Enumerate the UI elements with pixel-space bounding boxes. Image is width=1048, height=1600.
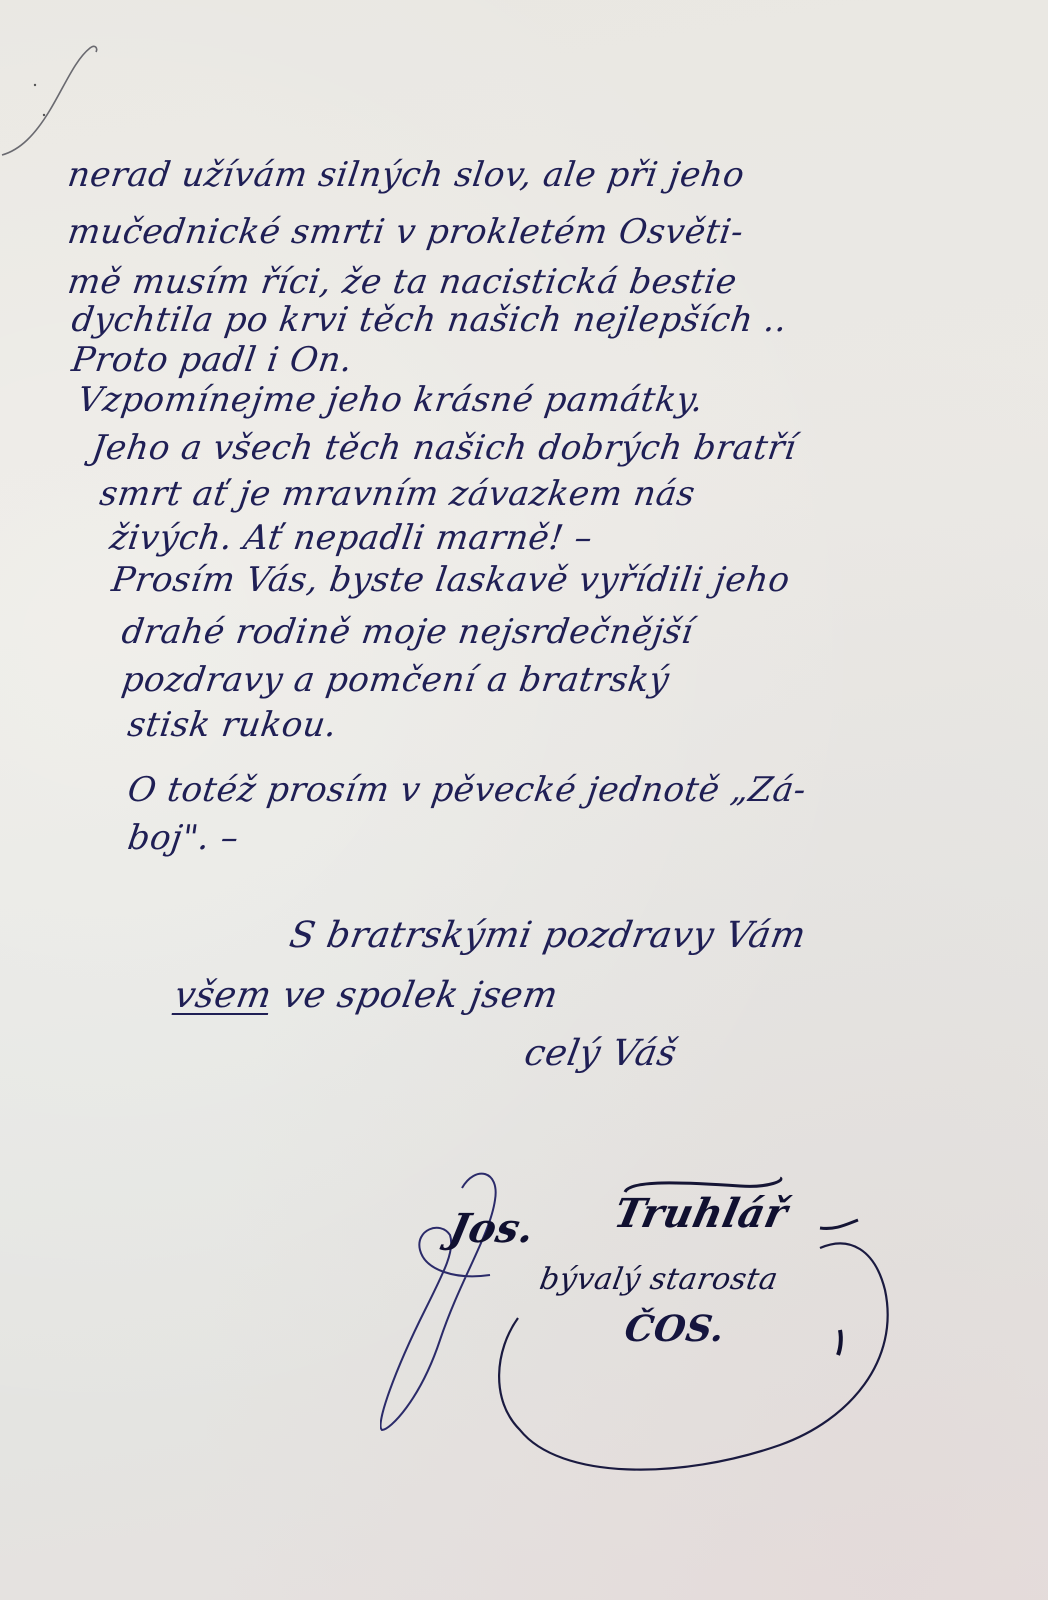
letter-line-4: dychtila po krvi těch našich nejlepších … (69, 300, 790, 340)
closing-greeting: S bratrskými pozdravy Vám (286, 915, 809, 956)
signature-first-name: Jos. (445, 1205, 539, 1252)
closing-underlined-word: všem (171, 975, 274, 1016)
closing-line-2: všem ve spolek jsem (171, 975, 561, 1016)
corner-pencil-mark (0, 40, 100, 170)
signature-organization: ČOS. (622, 1308, 727, 1350)
letter-line-3: mě musím říci, že ta nacistická bestie (65, 262, 739, 302)
signature-last-name: Truhlář (610, 1190, 792, 1237)
letter-page: nerad užívám silných slov, ale při jeho … (0, 0, 1048, 1600)
closing-line-2-rest: ve spolek jsem (280, 975, 562, 1016)
letter-line-6: Vzpomínejme jeho krásné památky. (75, 380, 706, 420)
letter-line-7: Jeho a všech těch našich dobrých bratří (89, 428, 799, 468)
signature-title: bývalý starosta (537, 1262, 781, 1297)
closing-line-3: celý Váš (521, 1033, 680, 1074)
letter-line-12: pozdravy a pomčení a bratrský (119, 660, 672, 700)
letter-line-9: živých. Ať nepadli marně! – (107, 518, 595, 558)
letter-line-2: mučednické smrti v prokletém Osvěti- (65, 212, 746, 252)
letter-line-14: O totéž prosím v pěvecké jednotě „Zá- (125, 770, 808, 810)
letter-line-15: boj". – (125, 818, 241, 858)
letter-line-10: Prosím Vás, byste laskavě vyřídili jeho (109, 560, 792, 600)
letter-line-5: Proto padl i On. (69, 340, 355, 380)
letter-line-11: drahé rodině moje nejsrdečnější (119, 612, 696, 652)
letter-line-1: nerad užívám silných slov, ale při jeho (65, 155, 747, 195)
letter-line-8: smrt ať je mravním závazkem nás (97, 474, 698, 514)
letter-line-13: stisk rukou. (125, 705, 339, 745)
